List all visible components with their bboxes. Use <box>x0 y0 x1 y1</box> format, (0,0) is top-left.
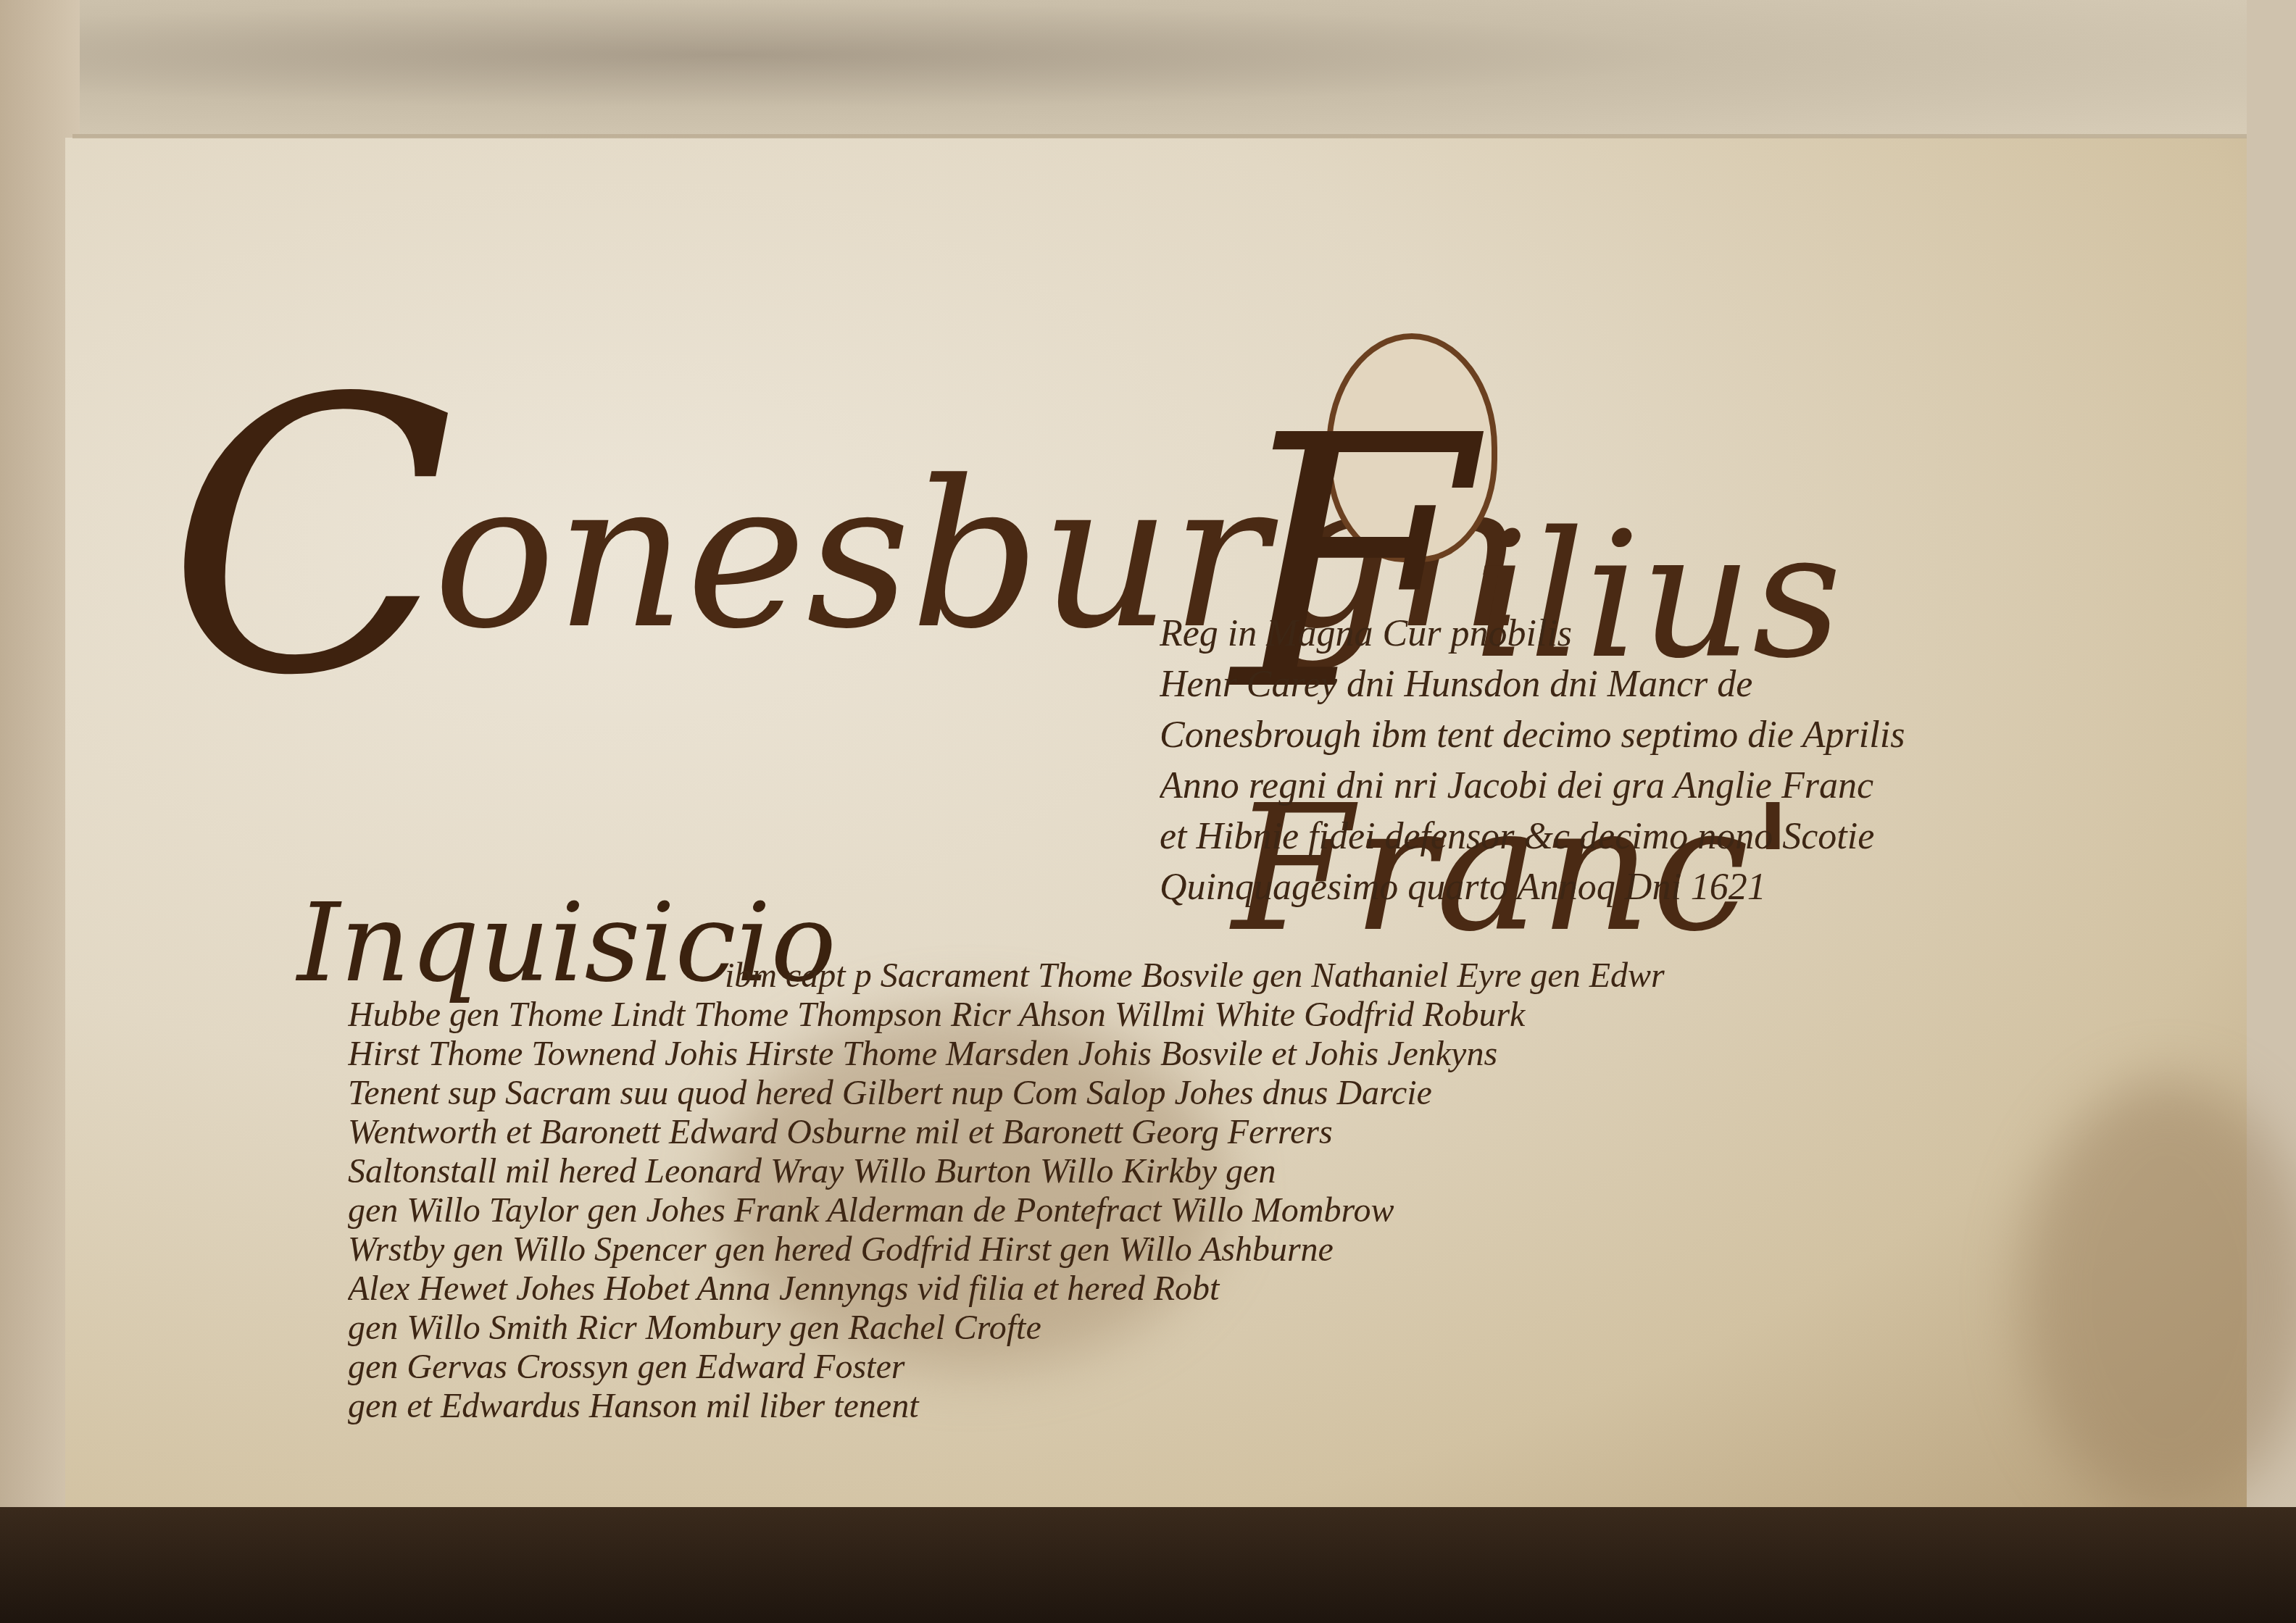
text-line: gen Willo Taylor gen Johes Frank Alderma… <box>348 1191 2203 1230</box>
inquisition-body-text: ibm capt p Sacrament Thome Bosvile gen N… <box>348 956 2203 1426</box>
text-line: ibm capt p Sacrament Thome Bosvile gen N… <box>348 956 2203 996</box>
text-line: Wentworth et Baronett Edward Osburne mil… <box>348 1113 2203 1152</box>
text-line: Hubbe gen Thome Lindt Thome Thompson Ric… <box>348 996 2203 1035</box>
court-header-text: Reg in Magna Cur pnobilis Henr Carey dni… <box>1160 609 2232 913</box>
illuminated-initial: C <box>167 319 433 758</box>
text-line: Anno regni dni nri Jacobi dei gra Anglie… <box>1160 761 2232 811</box>
text-line: gen Gervas Crossyn gen Edward Foster <box>348 1348 2203 1387</box>
text-line: gen et Edwardus Hanson mil liber tenent <box>348 1387 2203 1426</box>
parchment-folded-top <box>80 0 2247 138</box>
text-line: Reg in Magna Cur pnobilis <box>1160 609 2232 659</box>
text-line: Hirst Thome Townend Johis Hirste Thome M… <box>348 1035 2203 1074</box>
text-line: Henr Carey dni Hunsdon dni Mancr de <box>1160 659 2232 710</box>
text-line: Alex Hewet Johes Hobet Anna Jennyngs vid… <box>348 1269 2203 1309</box>
text-line: Conesbrough ibm tent decimo septimo die … <box>1160 710 2232 761</box>
text-line: Tenent sup Sacram suu quod hered Gilbert… <box>348 1074 2203 1113</box>
text-line: gen Willo Smith Ricr Mombury gen Rachel … <box>348 1309 2203 1348</box>
roll-shadow <box>0 1507 2296 1623</box>
text-line: Saltonstall mil hered Leonard Wray Willo… <box>348 1152 2203 1191</box>
text-line: Quinquagesimo quarto Annoq Dni 1621 <box>1160 862 2232 913</box>
text-line: et Hibnie fidei defensor &c decimo nono … <box>1160 811 2232 862</box>
fold-line <box>72 134 2247 138</box>
text-line: Wrstby gen Willo Spencer gen hered Godfr… <box>348 1230 2203 1269</box>
